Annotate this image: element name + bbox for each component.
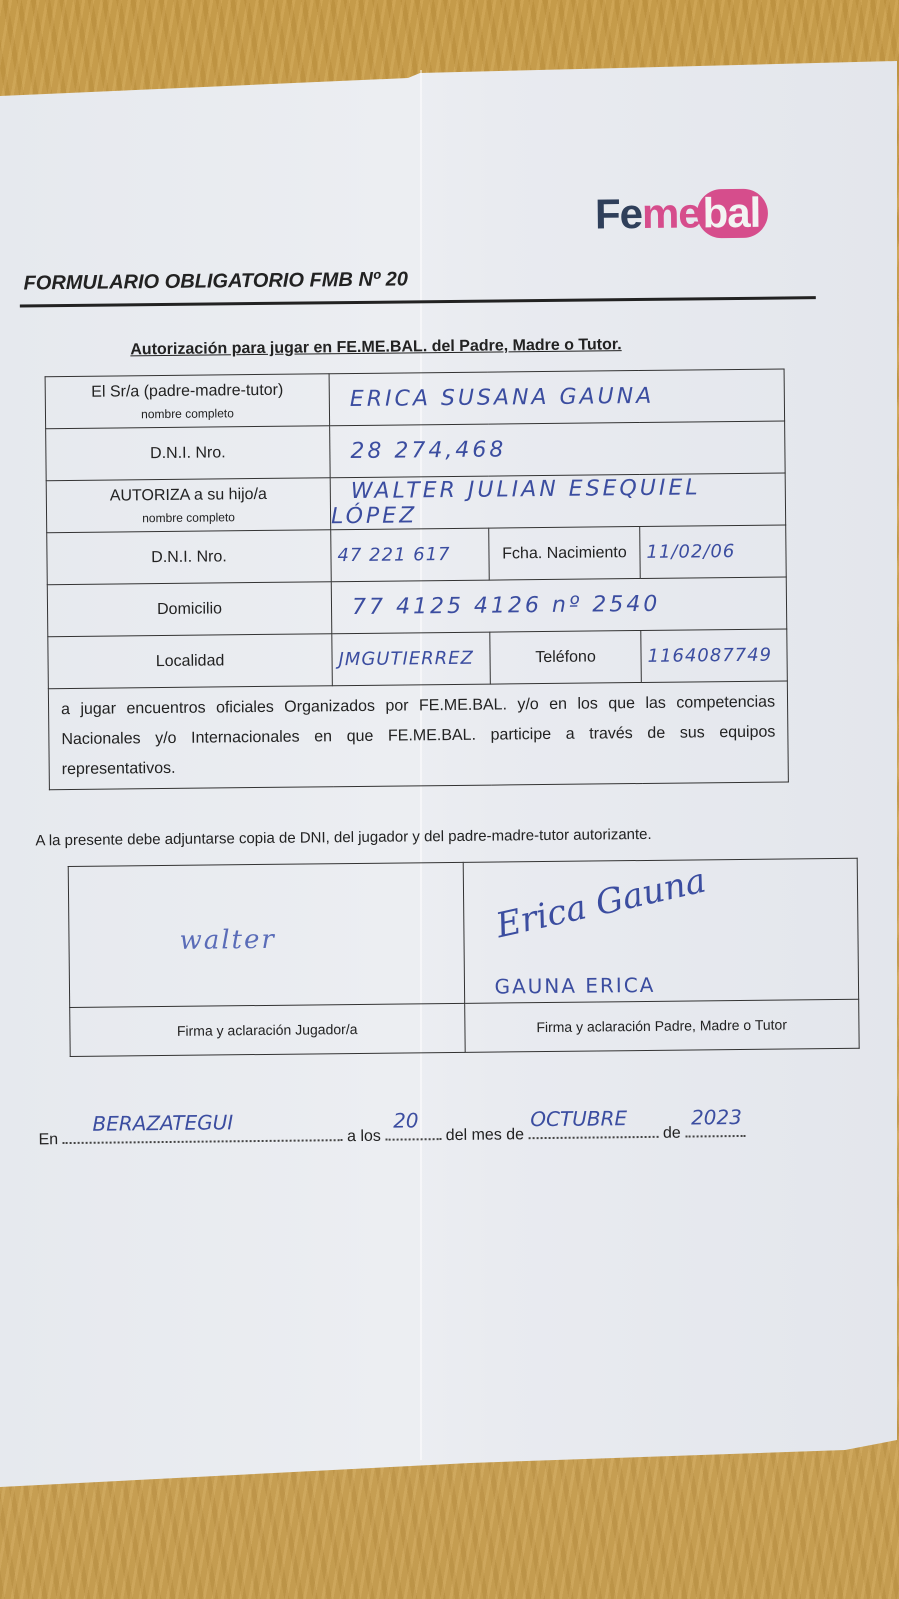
tutor-label-cell: El Sr/a (padre-madre-tutor) nombre compl…	[45, 374, 330, 429]
signature-table: walter Erica Gauna GAUNA ERICA Firma y a…	[68, 858, 860, 1057]
a-los-label: a los	[347, 1128, 381, 1145]
form-subtitle: Autorización para jugar en FE.ME.BAL. de…	[130, 336, 621, 359]
tutor-dni-label: D.N.I. Nro.	[46, 426, 331, 481]
locality-label: Localidad	[48, 634, 333, 689]
table-row: Firma y aclaración Jugador/a Firma y acl…	[70, 999, 859, 1056]
year-value: 2023	[691, 1105, 742, 1130]
day-value: 20	[393, 1108, 419, 1132]
phone-value: 1164087749	[641, 645, 772, 667]
femebal-logo: Femebal	[595, 189, 769, 239]
tutor-clarification: GAUNA ERICA	[494, 973, 655, 999]
table-row: Domicilio 77 4125 4126 nº 2540	[47, 577, 787, 637]
tutor-dni-field[interactable]: 28 274,468	[330, 421, 786, 478]
authorization-text: a jugar encuentros oficiales Organizados…	[48, 681, 788, 790]
table-row: El Sr/a (padre-madre-tutor) nombre compl…	[45, 369, 785, 429]
player-signature-caption: Firma y aclaración Jugador/a	[70, 1003, 465, 1056]
year-label: de	[663, 1125, 681, 1142]
tutor-signature: Erica Gauna	[492, 861, 709, 947]
address-value: 77 4125 4126 nº 2540	[332, 592, 660, 620]
child-name-value: WALTER JULIAN ESEQUIEL LÓPEZ	[331, 475, 701, 529]
month-value: OCTUBRE	[530, 1106, 627, 1131]
table-row: AUTORIZA a su hijo/a nombre completo WAL…	[46, 473, 786, 533]
locality-field[interactable]: JMGUTIERREZ	[332, 632, 491, 686]
table-row: D.N.I. Nro. 28 274,468	[46, 421, 786, 481]
birth-date-label: Fcha. Nacimiento	[489, 527, 641, 581]
table-row: Localidad JMGUTIERREZ Teléfono 116408774…	[48, 629, 788, 689]
title-divider	[20, 296, 816, 307]
table-row: a jugar encuentros oficiales Organizados…	[48, 681, 788, 790]
logo-part-bal: bal	[696, 189, 768, 239]
tutor-dni-value: 28 274,468	[330, 437, 506, 464]
tutor-name-field[interactable]: ERICA SUSANA GAUNA	[329, 369, 785, 426]
en-label: En	[38, 1131, 58, 1148]
authorization-table: El Sr/a (padre-madre-tutor) nombre compl…	[45, 368, 789, 790]
child-dni-value: 47 221 617	[331, 544, 450, 566]
attachment-note: A la presente debe adjuntarse copia de D…	[35, 826, 651, 849]
address-label: Domicilio	[47, 582, 332, 637]
year-field[interactable]: 2023	[685, 1121, 745, 1138]
day-field[interactable]: 20	[385, 1124, 441, 1141]
tutor-signature-field[interactable]: Erica Gauna GAUNA ERICA	[463, 858, 859, 1003]
month-field[interactable]: OCTUBRE	[528, 1122, 658, 1139]
tutor-sublabel: nombre completo	[46, 405, 329, 422]
phone-field[interactable]: 1164087749	[641, 629, 788, 683]
child-dni-field[interactable]: 47 221 617	[331, 528, 490, 582]
form-title: FORMULARIO OBLIGATORIO FMB Nº 20	[23, 268, 408, 295]
month-label: del mes de	[446, 1126, 524, 1144]
tutor-label: El Sr/a (padre-madre-tutor)	[91, 381, 283, 400]
child-name-field[interactable]: WALTER JULIAN ESEQUIEL LÓPEZ	[330, 473, 786, 530]
date-place-line: En BERAZATEGUI a los 20 del mes de OCTUB…	[38, 1120, 838, 1149]
form-document: Femebal FORMULARIO OBLIGATORIO FMB Nº 20…	[0, 0, 899, 1599]
child-dni-label: D.N.I. Nro.	[47, 530, 332, 585]
birth-date-field[interactable]: 11/02/06	[640, 525, 787, 579]
table-row: walter Erica Gauna GAUNA ERICA	[68, 858, 858, 1007]
player-signature: walter	[179, 925, 276, 956]
player-signature-field[interactable]: walter	[68, 862, 464, 1007]
address-field[interactable]: 77 4125 4126 nº 2540	[331, 577, 787, 634]
logo-part-me: me	[642, 189, 701, 237]
table-row: D.N.I. Nro. 47 221 617 Fcha. Nacimiento …	[47, 525, 787, 585]
tutor-name-value: ERICA SUSANA GAUNA	[330, 384, 655, 412]
locality-value: JMGUTIERREZ	[332, 648, 474, 670]
phone-label: Teléfono	[490, 630, 642, 684]
logo-part-fe: Fe	[595, 190, 643, 237]
birth-date-value: 11/02/06	[640, 541, 735, 563]
child-label-cell: AUTORIZA a su hijo/a nombre completo	[46, 478, 331, 533]
place-field[interactable]: BERAZATEGUI	[62, 1125, 342, 1144]
child-sublabel: nombre completo	[47, 509, 330, 526]
place-value: BERAZATEGUI	[92, 1110, 233, 1135]
tutor-signature-caption: Firma y aclaración Padre, Madre o Tutor	[464, 999, 859, 1052]
child-label: AUTORIZA a su hijo/a	[110, 485, 267, 504]
